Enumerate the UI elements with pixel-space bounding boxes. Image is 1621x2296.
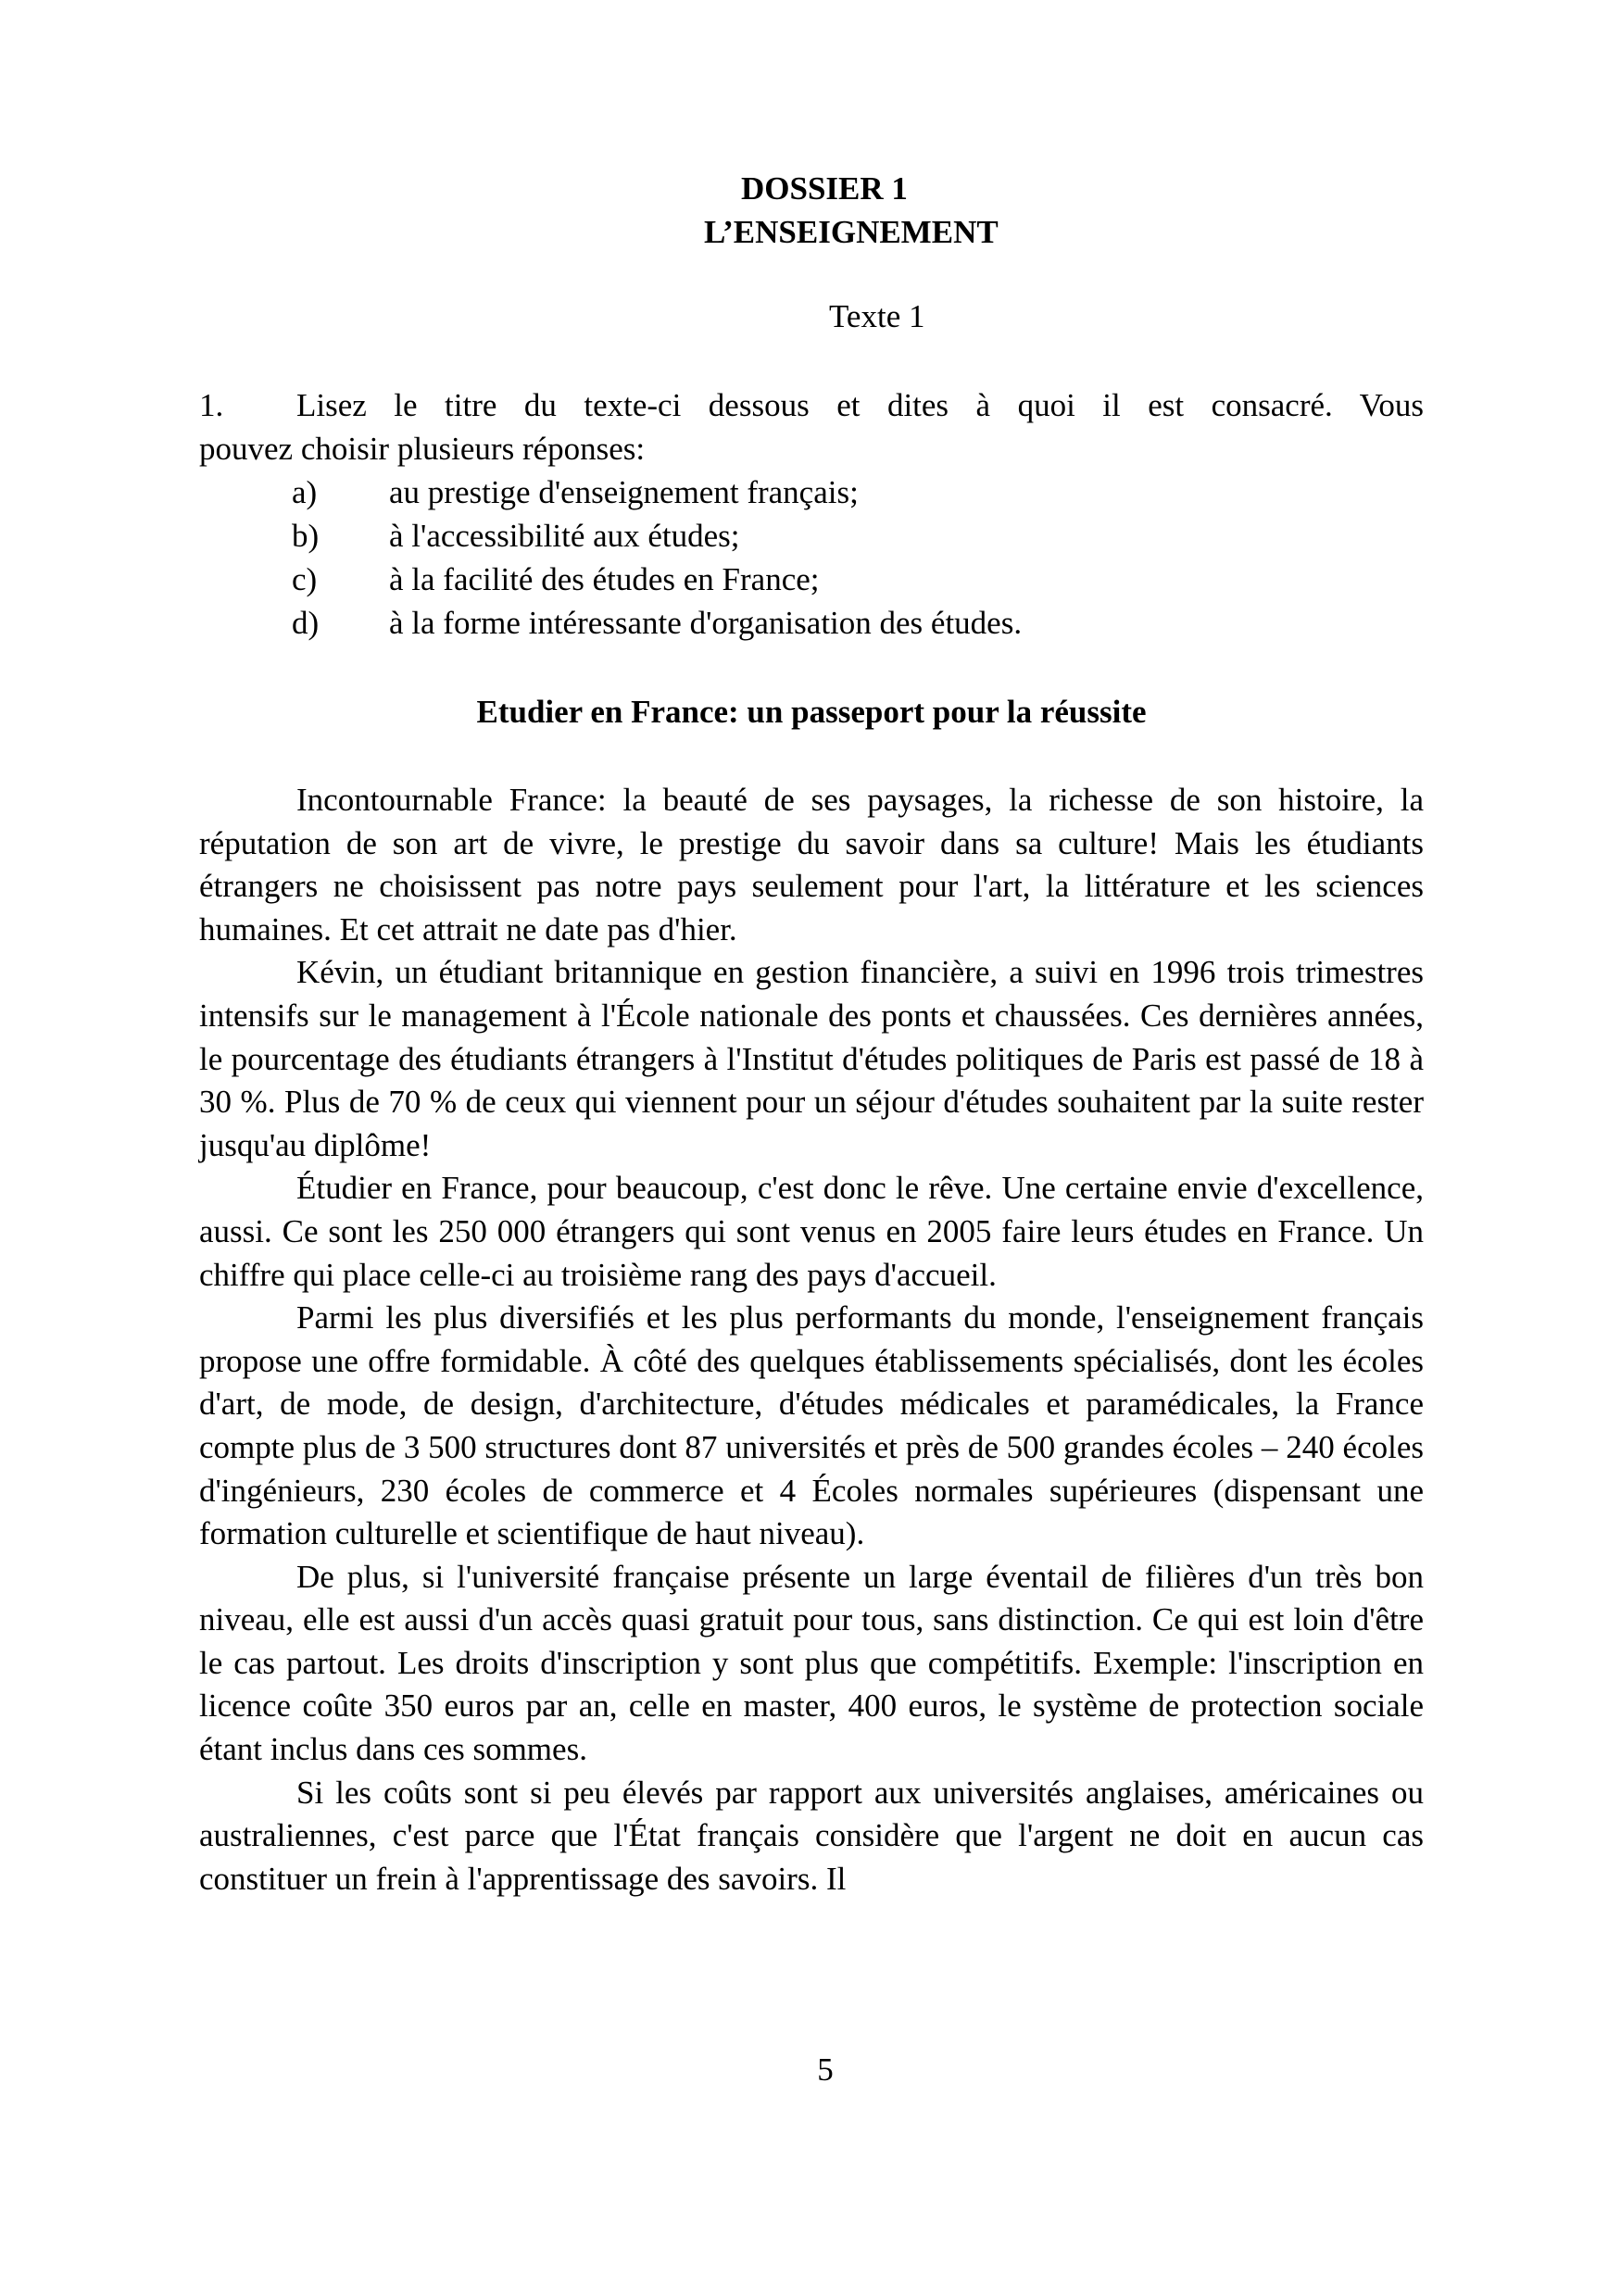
question-number: 1.	[199, 383, 296, 427]
option-a: a) au prestige d'enseignement français;	[199, 470, 1424, 514]
article-paragraph: Incontournable France: la beauté de ses …	[199, 779, 1424, 951]
article-paragraph: Si les coûts sont si peu élevés par rapp…	[199, 1772, 1424, 1901]
option-b: b) à l'accessibilité aux études;	[199, 514, 1424, 558]
option-text: à la forme intéressante d'organisation d…	[389, 605, 1022, 641]
dossier-theme: L’ENSEIGNEMENT	[704, 210, 999, 254]
answer-options: a) au prestige d'enseignement français; …	[199, 470, 1424, 645]
question-prompt-text: Lisez le titre du texte-ci dessous et di…	[296, 387, 1424, 423]
dossier-number: DOSSIER 1	[741, 170, 908, 207]
option-letter: d)	[292, 601, 319, 645]
option-letter: b)	[292, 514, 319, 558]
article-paragraph: Parmi les plus diversifiés et les plus p…	[199, 1297, 1424, 1556]
option-c: c) à la facilité des études en France;	[199, 558, 1424, 601]
option-letter: c)	[292, 558, 317, 601]
option-text: à l'accessibilité aux études;	[389, 518, 740, 554]
dossier-heading: DOSSIER 1 L’ENSEIGNEMENT	[741, 167, 999, 254]
article-paragraph: De plus, si l'université française prése…	[199, 1556, 1424, 1772]
article-paragraph: Kévin, un étudiant britannique en gestio…	[199, 951, 1424, 1167]
option-text: à la facilité des études en France;	[389, 561, 820, 597]
page-number: 5	[199, 2048, 1424, 2091]
option-letter: a)	[292, 470, 317, 514]
article-paragraph: Étudier en France, pour beaucoup, c'est …	[199, 1167, 1424, 1297]
article-title: Etudier en France: un passeport pour la …	[199, 690, 1424, 734]
article-body: Incontournable France: la beauté de ses …	[199, 779, 1424, 1901]
question-prompt-line1: 1.Lisez le titre du texte-ci dessous et …	[199, 383, 1424, 427]
option-d: d) à la forme intéressante d'organisatio…	[199, 601, 1424, 645]
question-block: 1.Lisez le titre du texte-ci dessous et …	[199, 383, 1424, 645]
option-text: au prestige d'enseignement français;	[389, 474, 859, 510]
texte-label: Texte 1	[829, 295, 924, 338]
question-prompt-line2: pouvez choisir plusieurs réponses:	[199, 427, 1424, 470]
